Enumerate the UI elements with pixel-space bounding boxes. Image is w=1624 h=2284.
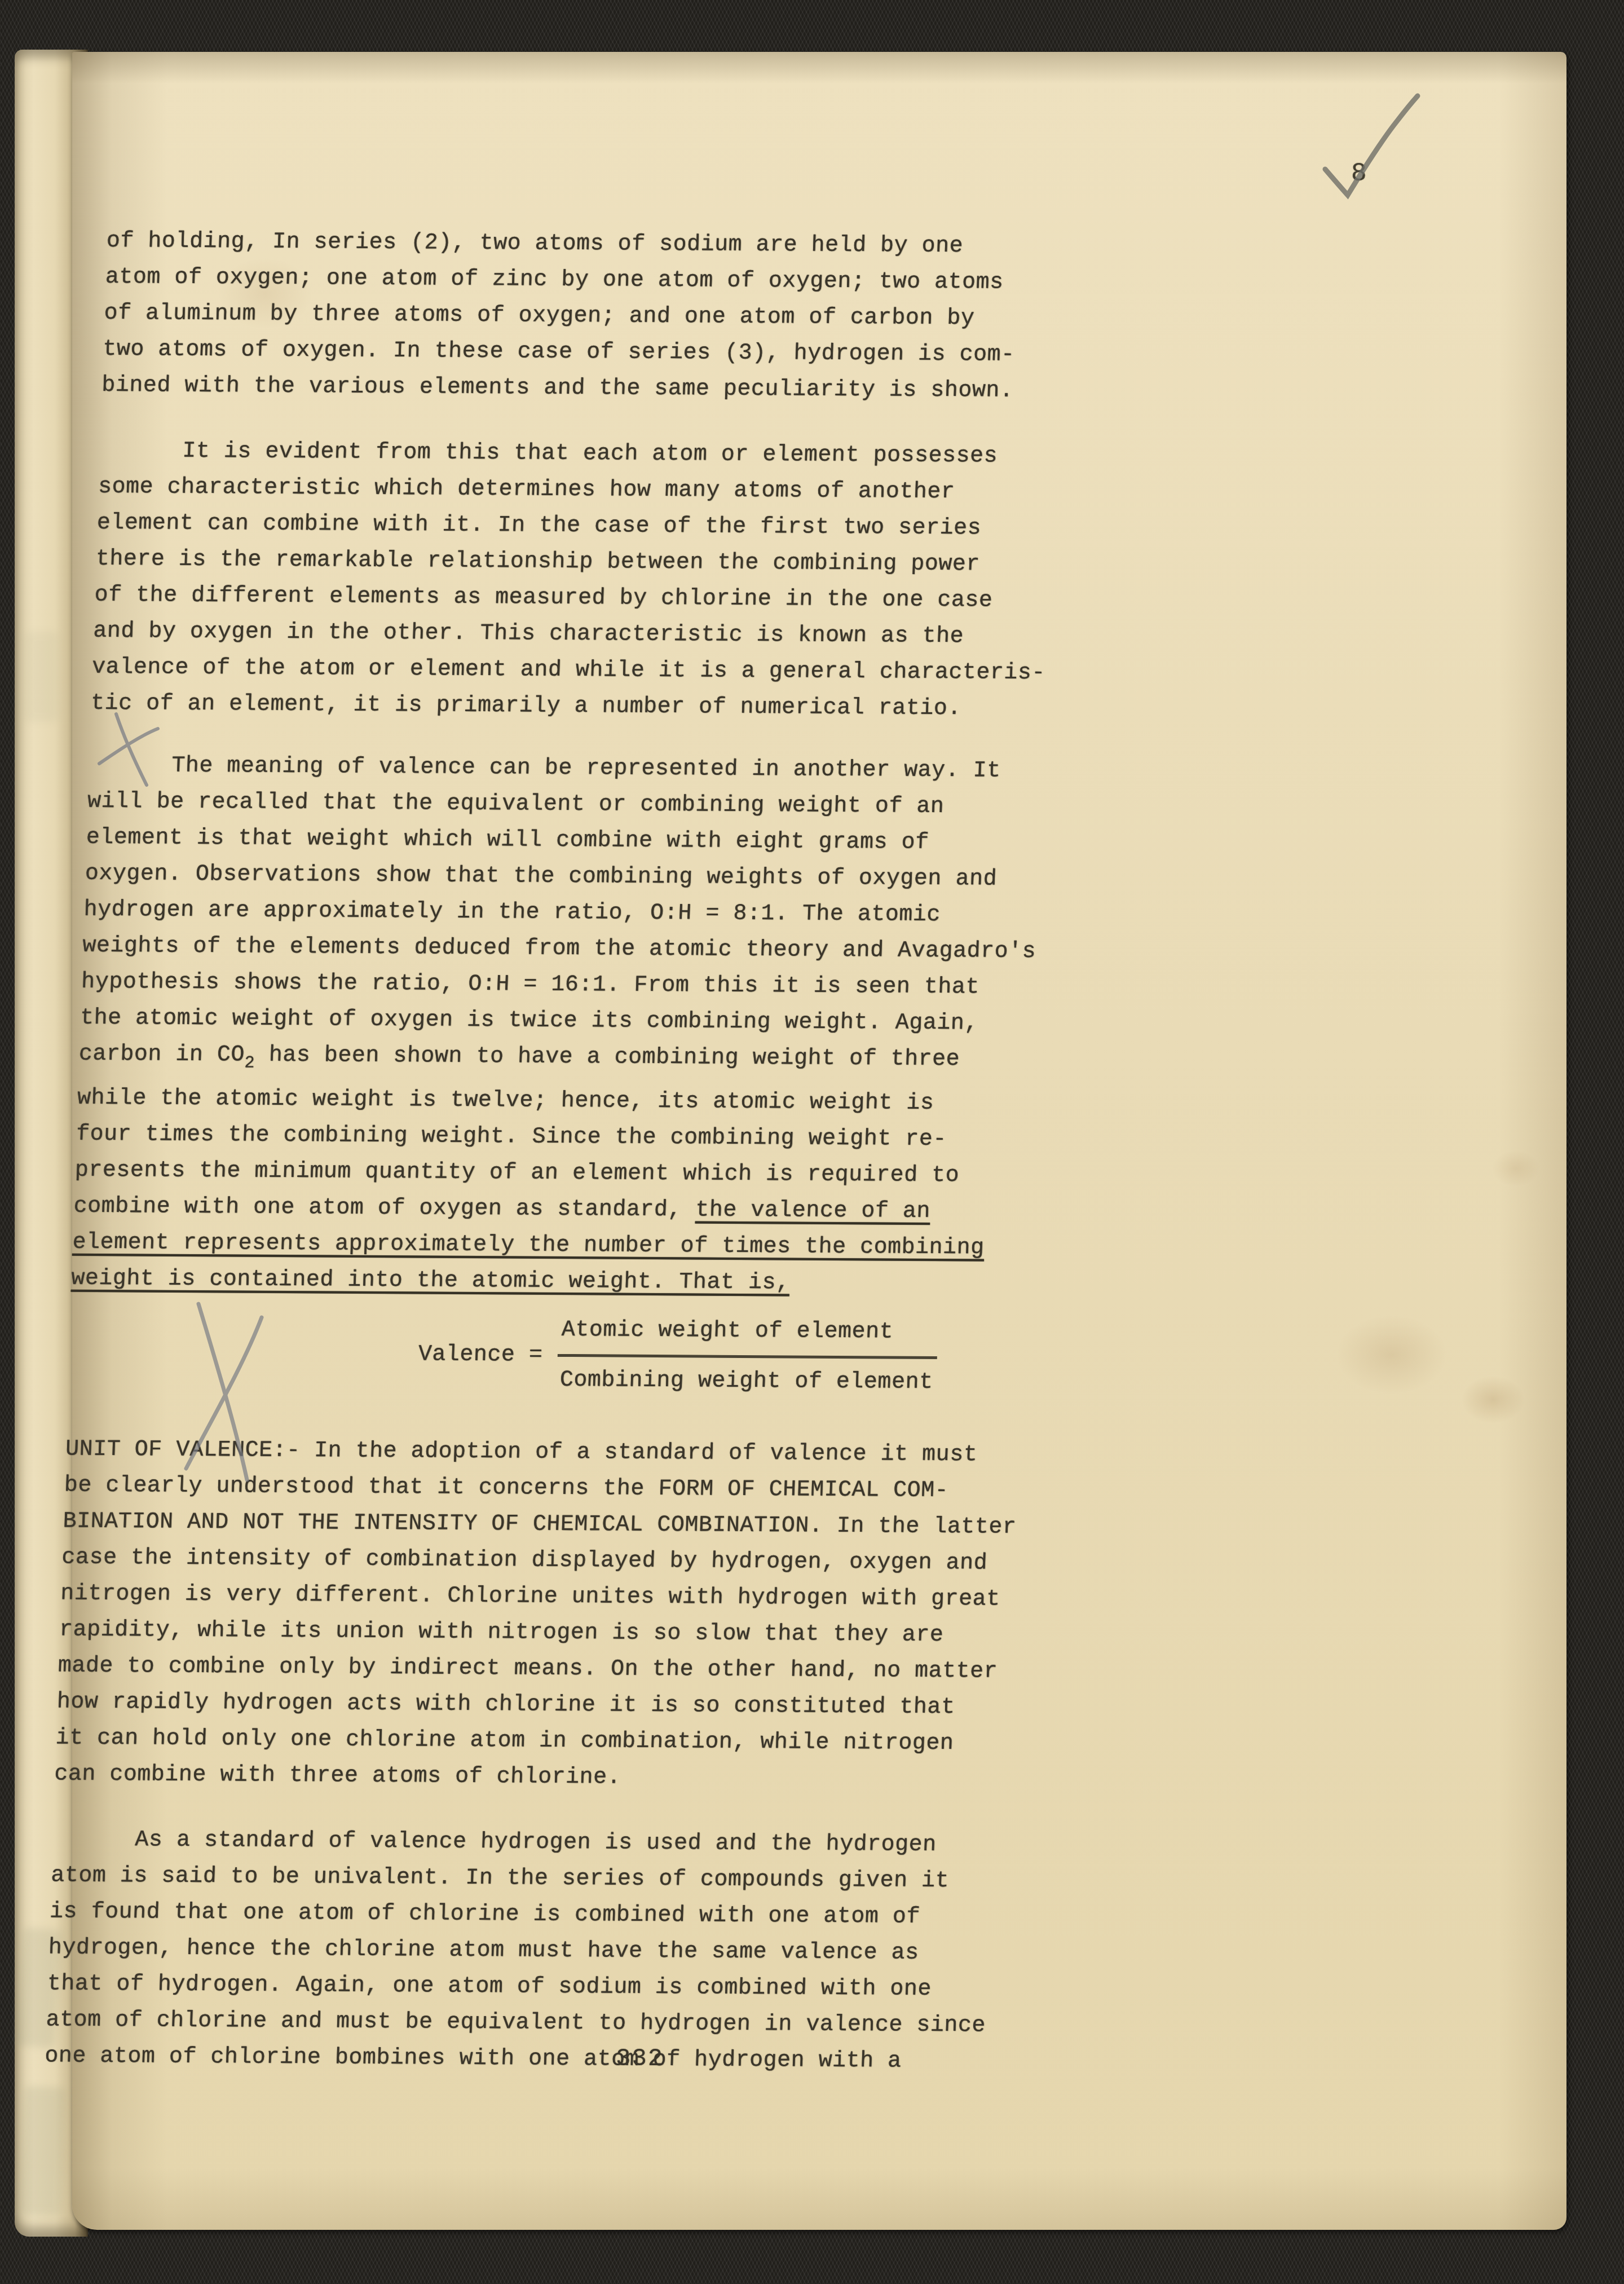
para-series: of holding, In series (2), two atoms of …: [101, 223, 1506, 412]
body-top-paragraphs: of holding, In series (2), two atoms of …: [70, 223, 1506, 1306]
page-number: 332: [616, 2045, 664, 2073]
formula-lhs: Valence =: [418, 1337, 544, 1373]
formula-denominator: Combining weight of element: [556, 1357, 937, 1401]
typed-text-block: of holding, In series (2), two atoms of …: [44, 223, 1506, 2083]
valence-formula: Valence = Atomic weight of element Combi…: [417, 1311, 1468, 1404]
para-unit-of-valence: UNIT OF VALENCE:- In the adoption of a s…: [54, 1432, 1464, 1801]
underlined-text: the valence of an: [695, 1197, 931, 1224]
bleed-through-mark: [25, 632, 59, 722]
page-corner-number: 8: [1351, 159, 1367, 188]
para-meaning-of-valence: The meaning of valence can be represente…: [70, 748, 1488, 1306]
underlined-text: element represents approximately the num…: [72, 1230, 985, 1261]
para-hydrogen-standard: As a standard of valence hydrogen is use…: [44, 1822, 1451, 2083]
subscript-text: 2: [244, 1054, 255, 1073]
bleed-through-mark: [20, 2086, 65, 2217]
typed-line: carbon in CO2 has been shown to have a c…: [78, 1037, 1478, 1089]
formula-numerator: Atomic weight of element: [557, 1312, 938, 1359]
typed-text: carbon in CO: [78, 1042, 245, 1068]
body-bottom-paragraphs: UNIT OF VALENCE:- In the adoption of a s…: [44, 1432, 1464, 2083]
book-scan: 8 of holding, In series (2), two atoms o…: [0, 0, 1624, 2284]
typed-text: has been shown to have a combining weigh…: [255, 1043, 960, 1073]
typed-text: combine with one atom of oxygen as stand…: [73, 1194, 696, 1223]
formula-fraction: Atomic weight of element Combining weigh…: [556, 1312, 939, 1401]
para-valence-characteristic: It is evident from this that each atom o…: [90, 433, 1498, 730]
underlined-text: weight is contained into the atomic weig…: [71, 1266, 791, 1296]
document-page: 8 of holding, In series (2), two atoms o…: [72, 52, 1566, 2230]
